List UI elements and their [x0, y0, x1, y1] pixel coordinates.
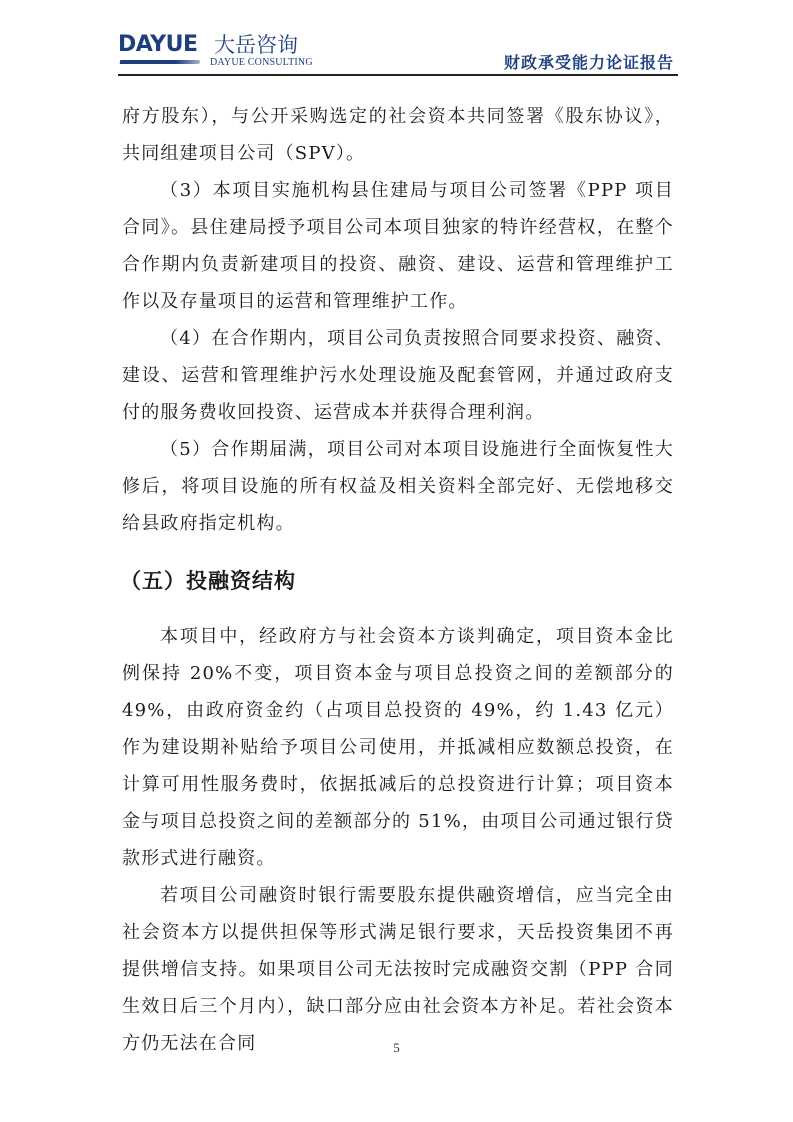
header-divider [118, 74, 678, 76]
paragraph-continuation: 府方股东），与公开采购选定的社会资本共同签署《股东协议》，共同组建项目公司（SP… [122, 98, 674, 172]
paragraph-item-4: （4）在合作期内，项目公司负责按照合同要求投资、融资、建设、运营和管理维护污水处… [122, 320, 674, 431]
logo-text-en: DAYUE [118, 32, 198, 58]
logo-swoosh-icon [120, 60, 201, 64]
logo-subtitle: DAYUE CONSULTING [210, 57, 313, 68]
document-body: 府方股东），与公开采购选定的社会资本共同签署《股东协议》，共同组建项目公司（SP… [122, 98, 674, 1062]
report-title: 财政承受能力论证报告 [504, 50, 674, 73]
paragraph-credit-enhancement: 若项目公司融资时银行需要股东提供融资增信，应当完全由社会资本方以提供担保等形式满… [122, 877, 674, 1062]
paragraph-item-5: （5）合作期届满，项目公司对本项目设施进行全面恢复性大修后，将项目设施的所有权益… [122, 431, 674, 542]
page-header: DAYUE 大岳咨询 DAYUE CONSULTING 财政承受能力论证报告 [118, 28, 678, 76]
company-logo: DAYUE 大岳咨询 DAYUE CONSULTING [118, 32, 348, 72]
page-number: 5 [0, 1040, 793, 1056]
paragraph-item-3: （3）本项目实施机构县住建局与项目公司签署《PPP 项目合同》。县住建局授予项目… [122, 172, 674, 320]
logo-text-cn: 大岳咨询 [214, 32, 298, 58]
section-heading: （五）投融资结构 [120, 566, 674, 596]
paragraph-financing: 本项目中，经政府方与社会资本方谈判确定，项目资本金比例保持 20%不变，项目资本… [122, 618, 674, 877]
